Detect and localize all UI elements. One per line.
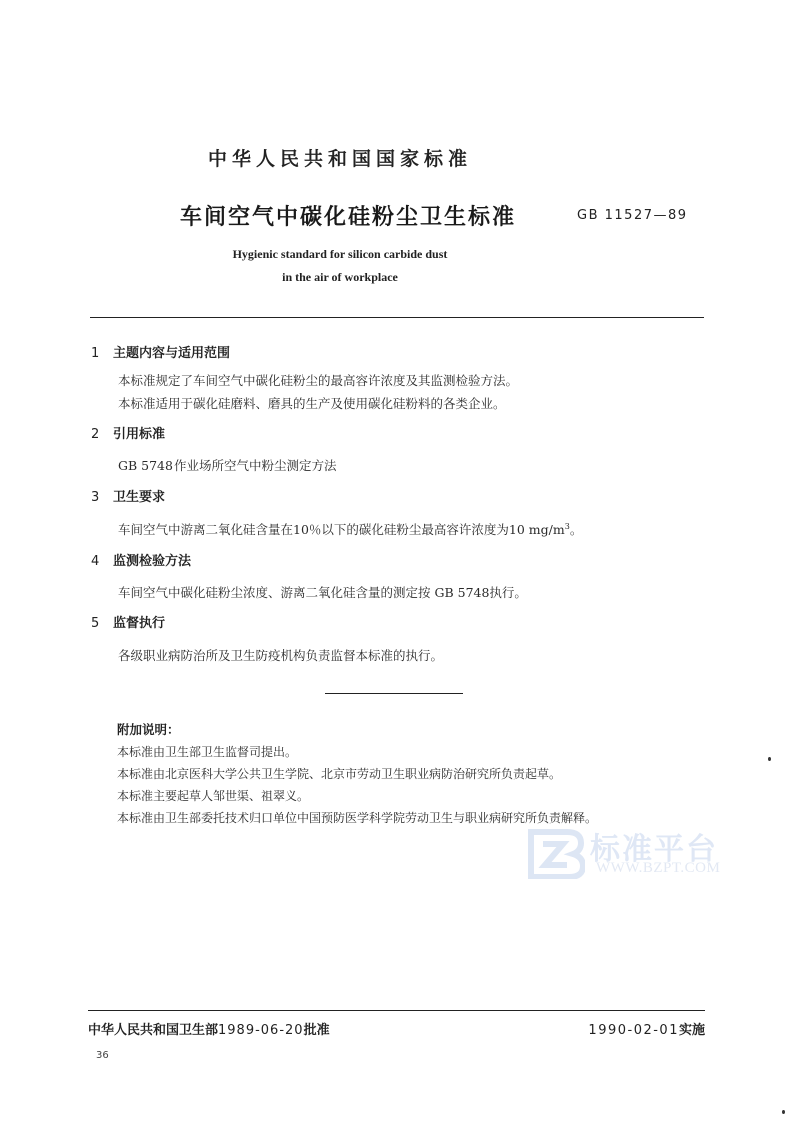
watermark-url: WWW.BZPT.COM: [596, 860, 720, 877]
english-title-line-1: Hygienic standard for silicon carbide du…: [0, 243, 680, 266]
english-title: Hygienic standard for silicon carbide du…: [0, 243, 680, 289]
reference-code: GB 5748: [118, 458, 170, 473]
section-4-heading: 4监测检验方法: [91, 550, 191, 569]
requirement-text: 车间空气中游离二氧化硅含量在10％以下的碳化硅粉尘最高容许浓度为10 mg/m: [118, 522, 565, 537]
section-number: 5: [91, 616, 113, 631]
section-end-divider: [325, 693, 463, 694]
section-title: 卫生要求: [113, 490, 165, 505]
section-title: 监测检验方法: [113, 554, 191, 569]
header-divider: [90, 317, 704, 318]
watermark-logo-icon: [527, 829, 585, 879]
section-number: 3: [91, 490, 113, 505]
section-2-reference: GB 5748 作业场所空气中粉尘测定方法: [118, 456, 337, 474]
approval-label: 批准: [304, 1023, 330, 1038]
section-title: 引用标准: [113, 427, 165, 442]
section-5-line: 各级职业病防治所及卫生防疫机构负责监督本标准的执行。: [118, 646, 443, 664]
national-standard-label: 中华人民共和国国家标准: [0, 144, 680, 171]
note-line: 本标准主要起草人邹世渠、祖翠义。: [117, 787, 309, 804]
approval-org: 中华人民共和国卫生部: [88, 1023, 218, 1038]
scan-speck: [768, 757, 771, 761]
approval-info: 中华人民共和国卫生部1989-06-20批准: [88, 1019, 330, 1038]
section-3-heading: 3卫生要求: [91, 486, 165, 505]
note-line: 本标准由卫生部卫生监督司提出。: [117, 743, 297, 760]
section-title: 监督执行: [113, 616, 165, 631]
footer-divider: [88, 1010, 705, 1011]
section-5-heading: 5监督执行: [91, 612, 165, 631]
section-3-line: 车间空气中游离二氧化硅含量在10％以下的碳化硅粉尘最高容许浓度为10 mg/m3…: [118, 520, 582, 538]
section-number: 4: [91, 554, 113, 569]
reference-title: 作业场所空气中粉尘测定方法: [174, 458, 337, 473]
effective-info: 1990-02-01实施: [570, 1019, 705, 1038]
effective-label: 实施: [679, 1023, 705, 1038]
scan-speck: [782, 1110, 785, 1114]
section-2-heading: 2引用标准: [91, 423, 165, 442]
notes-heading: 附加说明：: [117, 720, 180, 738]
section-title: 主题内容与适用范围: [113, 346, 230, 361]
note-line: 本标准由北京医科大学公共卫生学院、北京市劳动卫生职业病防治研究所负责起草。: [117, 765, 561, 782]
english-title-line-2: in the air of workplace: [0, 266, 680, 289]
approval-date: 1989-06-20: [218, 1023, 304, 1038]
section-1-heading: 1主题内容与适用范围: [91, 342, 230, 361]
note-line: 本标准由卫生部委托技术归口单位中国预防医学科学院劳动卫生与职业病研究所负责解释。: [117, 809, 597, 826]
section-4-line: 车间空气中碳化硅粉尘浓度、游离二氧化硅含量的测定按 GB 5748执行。: [118, 583, 527, 601]
requirement-end: 。: [570, 522, 583, 537]
document-title: 车间空气中碳化硅粉尘卫生标准: [180, 200, 516, 231]
section-1-line-1: 本标准规定了车间空气中碳化硅粉尘的最高容许浓度及其监测检验方法。: [118, 371, 518, 389]
page-number: 36: [96, 1050, 109, 1061]
section-1-line-2: 本标准适用于碳化硅磨料、磨具的生产及使用碳化硅粉料的各类企业。: [118, 394, 506, 412]
section-number: 1: [91, 346, 113, 361]
standard-code: GB 11527—89: [577, 208, 688, 223]
section-number: 2: [91, 427, 113, 442]
effective-date: 1990-02-01: [588, 1023, 679, 1038]
